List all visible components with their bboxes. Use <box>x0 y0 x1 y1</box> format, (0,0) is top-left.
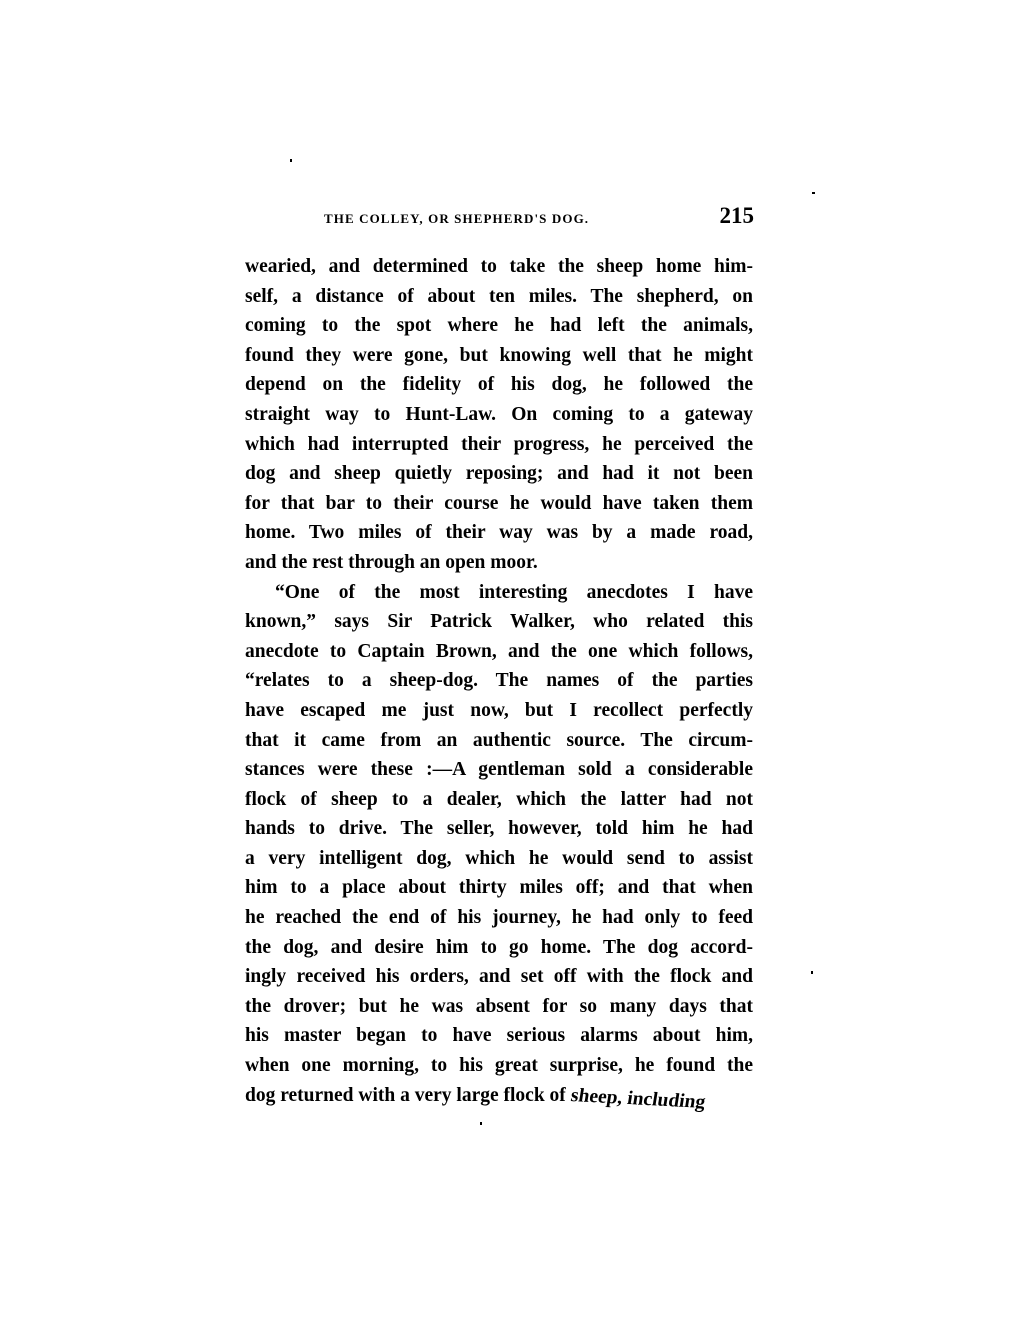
text-line: when one morning, to his great surprise,… <box>245 1051 753 1081</box>
running-head: THE COLLEY, OR SHEPHERD'S DOG. 215 <box>324 203 754 233</box>
text-line-last: dog returned with a very large flock of … <box>245 1081 753 1111</box>
text-line: that it came from an authentic source. T… <box>245 726 753 756</box>
text-line: stances were these :—A gentleman sold a … <box>245 755 753 785</box>
text-line: him to a place about thirty miles off; a… <box>245 873 753 903</box>
text-line: coming to the spot where he had left the… <box>245 311 753 341</box>
scan-speck <box>811 971 813 974</box>
text-line: depend on the fidelity of his dog, he fo… <box>245 370 753 400</box>
text-line-head: dog returned with a very large flock of <box>245 1085 571 1106</box>
text-line: “relates to a sheep-dog. The names of th… <box>245 666 753 696</box>
text-line: known,” says Sir Patrick Walker, who rel… <box>245 607 753 637</box>
text-line: flock of sheep to a dealer, which the la… <box>245 785 753 815</box>
text-line: and the rest through an open moor. <box>245 548 753 578</box>
body-text: wearied, and determined to take the shee… <box>245 252 753 1110</box>
text-line: hands to drive. The seller, however, tol… <box>245 814 753 844</box>
scanned-book-page: THE COLLEY, OR SHEPHERD'S DOG. 215 weari… <box>0 0 1033 1339</box>
text-line: have escaped me just now, but I recollec… <box>245 696 753 726</box>
text-line: for that bar to their course he would ha… <box>245 489 753 519</box>
text-line: straight way to Hunt-Law. On coming to a… <box>245 400 753 430</box>
scan-speck <box>480 1122 482 1125</box>
text-line: a very intelligent dog, which he would s… <box>245 844 753 874</box>
text-line: the dog, and desire him to go home. The … <box>245 933 753 963</box>
text-line: anecdote to Captain Brown, and the one w… <box>245 637 753 667</box>
text-line: his master began to have serious alarms … <box>245 1021 753 1051</box>
text-line: home. Two miles of their way was by a ma… <box>245 518 753 548</box>
scan-speck <box>290 159 292 162</box>
text-line: “One of the most interesting anecdotes I… <box>245 578 753 608</box>
page-number: 215 <box>720 203 755 229</box>
text-line: which had interrupted their progress, he… <box>245 430 753 460</box>
scan-speck <box>812 192 815 194</box>
text-line: ingly received his orders, and set off w… <box>245 962 753 992</box>
text-line: found they were gone, but knowing well t… <box>245 341 753 371</box>
text-line: wearied, and determined to take the shee… <box>245 252 753 282</box>
text-line: self, a distance of about ten miles. The… <box>245 282 753 312</box>
skewed-scan-text: sheep, including <box>568 1081 707 1117</box>
text-line: the drover; but he was absent for so man… <box>245 992 753 1022</box>
running-title: THE COLLEY, OR SHEPHERD'S DOG. <box>324 211 589 227</box>
text-line: he reached the end of his journey, he ha… <box>245 903 753 933</box>
text-line: dog and sheep quietly reposing; and had … <box>245 459 753 489</box>
